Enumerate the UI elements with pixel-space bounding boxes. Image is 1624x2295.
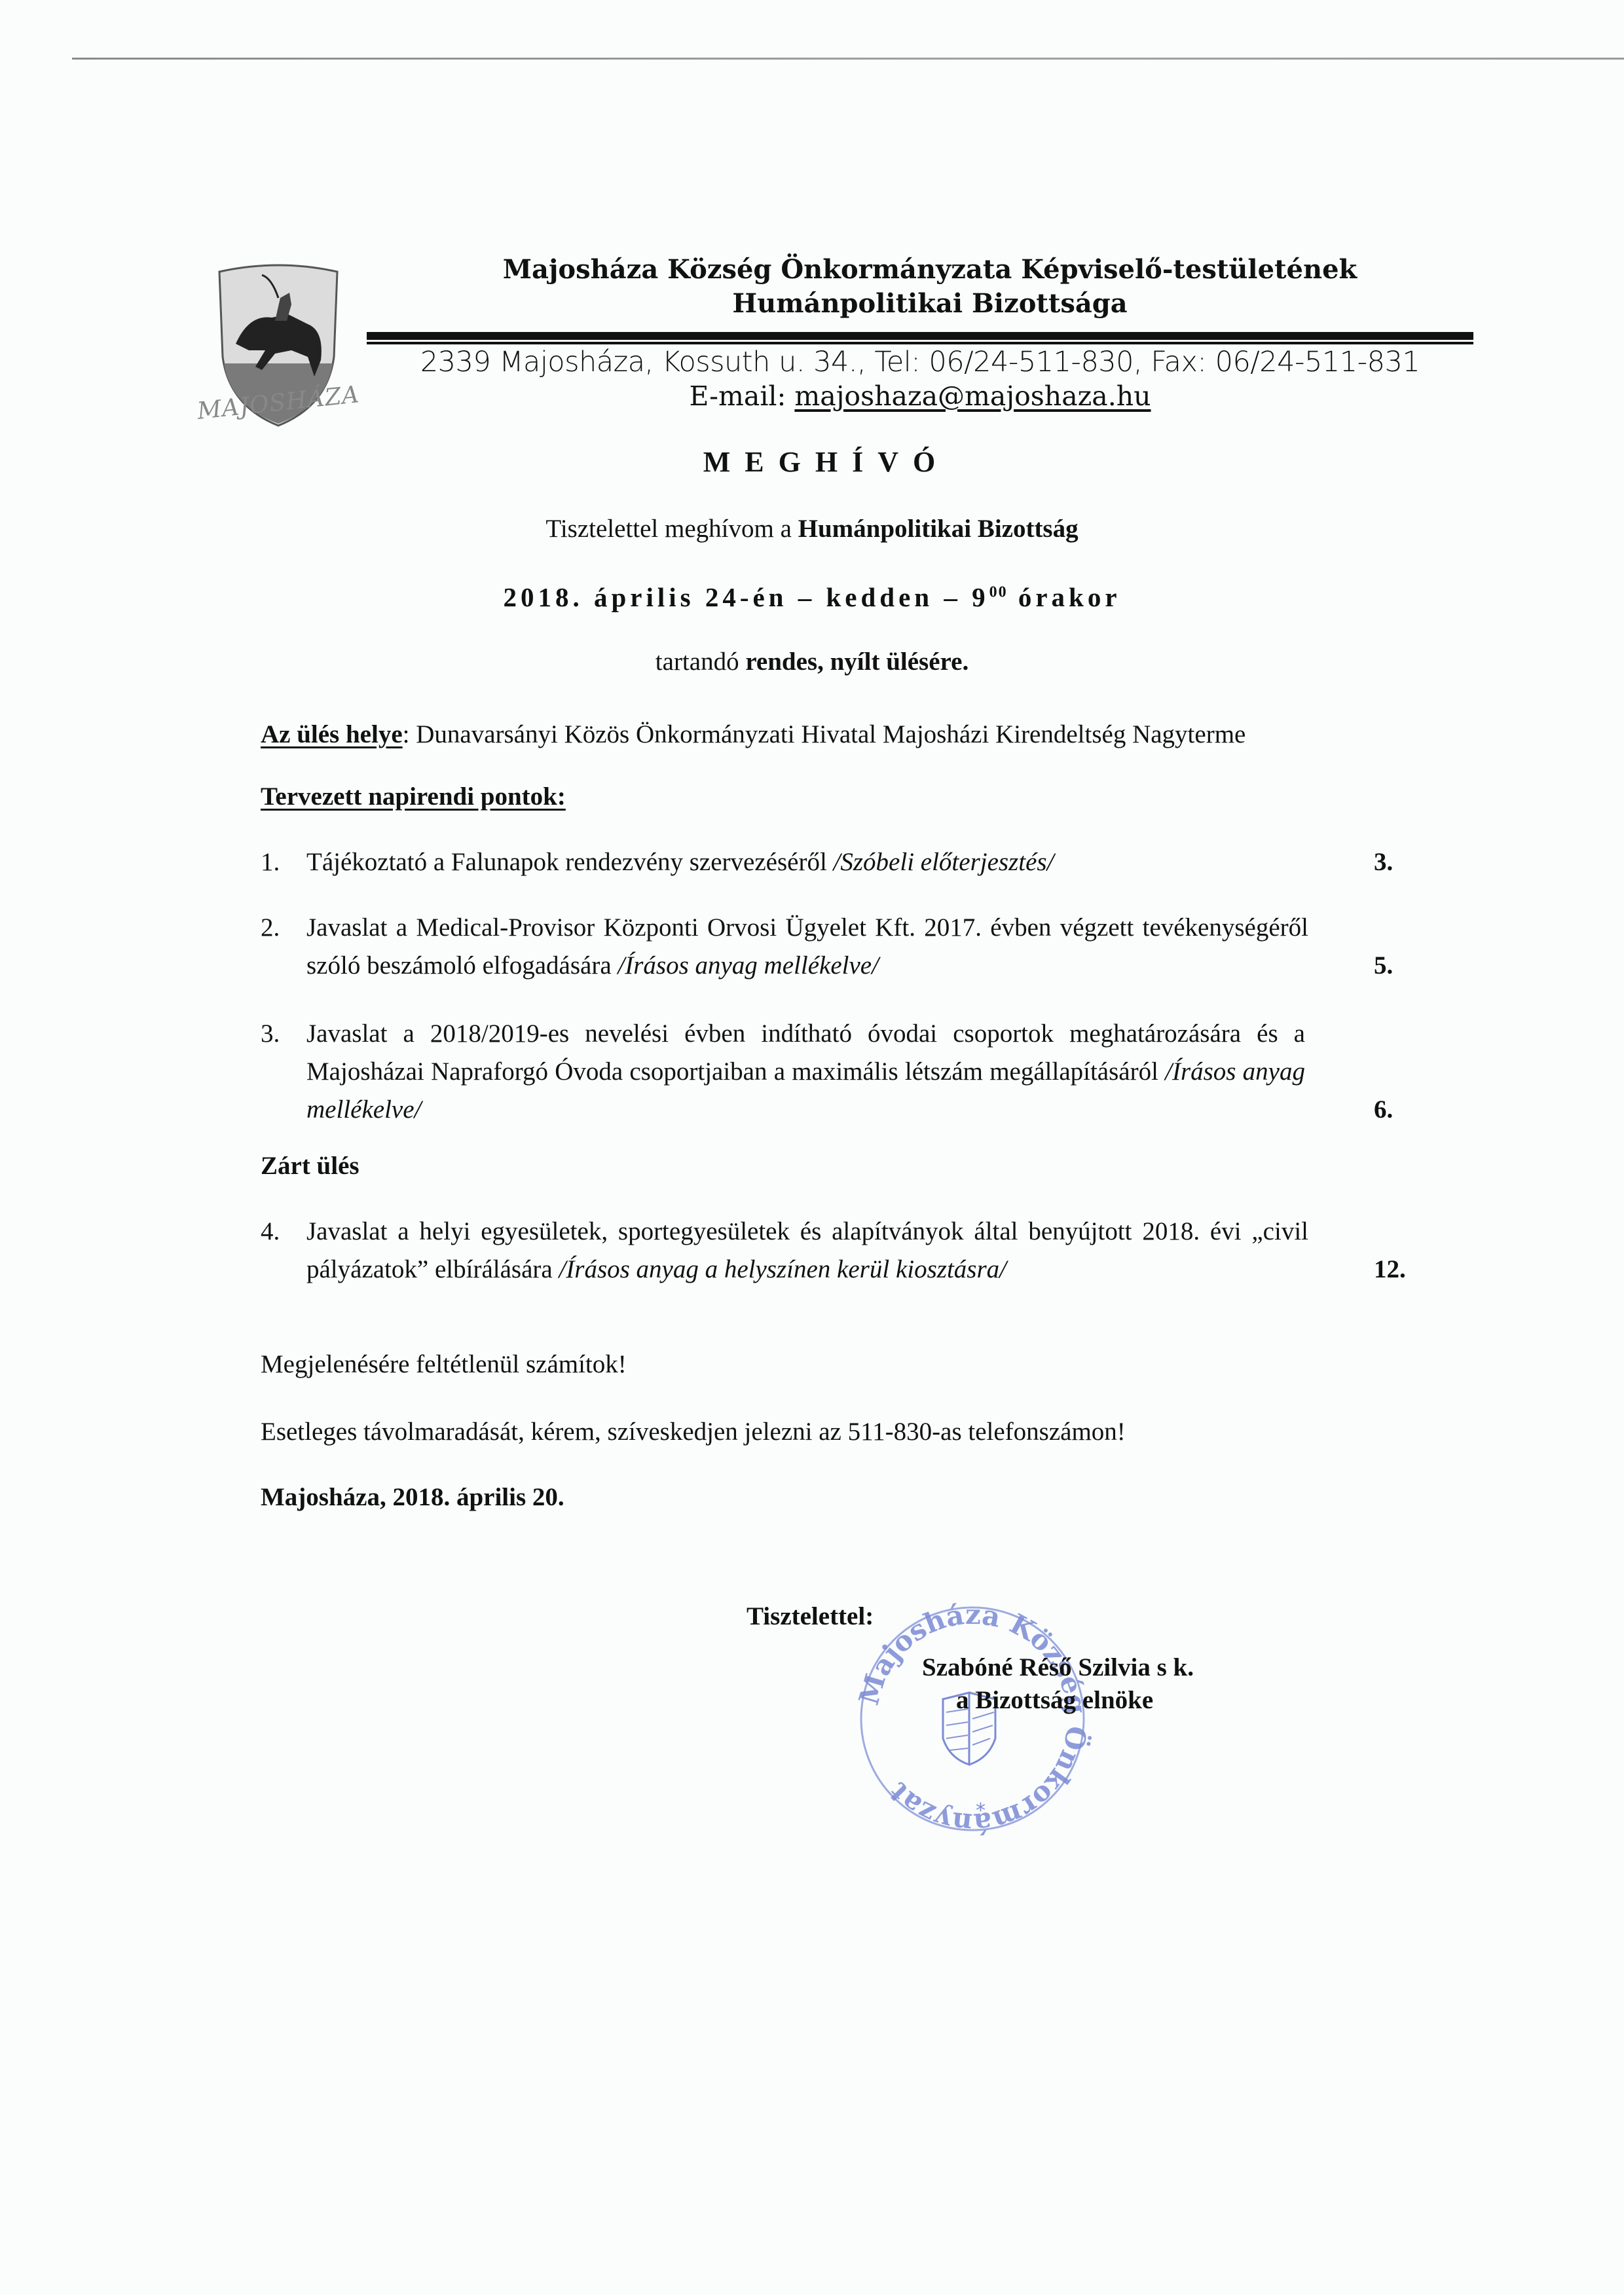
agenda-item-number: 3. xyxy=(261,1015,280,1053)
meeting-time-suffix: órakor xyxy=(1008,582,1121,612)
closed-session-heading: Zárt ülés xyxy=(261,1147,360,1185)
letterhead-rule xyxy=(367,332,1473,340)
agenda-item-text: Javaslat a Medical-Provisor Központi Orv… xyxy=(306,909,1308,985)
agenda-item-text: Javaslat a helyi egyesületek, sportegyes… xyxy=(306,1213,1308,1289)
email-label: E-mail: xyxy=(689,380,794,412)
letterhead-rule-thin xyxy=(367,342,1473,344)
held-type: rendes, nyílt ülésére. xyxy=(745,648,969,676)
signer-role: a Bizottság elnöke xyxy=(956,1681,1153,1719)
agenda-heading-text: Tervezett napirendi pontok: xyxy=(261,782,566,811)
agenda-heading: Tervezett napirendi pontok: xyxy=(261,778,566,816)
location-value: Dunavarsányi Közös Önkormányzati Hivatal… xyxy=(416,720,1246,748)
invite-committee: Humánpolitikai Bizottság xyxy=(798,515,1079,543)
meeting-type: tartandó rendes, nyílt ülésére. xyxy=(0,647,1624,676)
location-label: Az ülés helye xyxy=(261,720,403,748)
agenda-item: 4. Javaslat a helyi egyesületek, sporteg… xyxy=(261,1213,1452,1291)
agenda-item: 1. Tájékoztató a Falunapok rendezvény sz… xyxy=(261,843,1452,883)
agenda-item-body: Javaslat a 2018/2019-es nevelési évben i… xyxy=(306,1019,1305,1086)
agenda-item-page: 6. xyxy=(1374,1091,1393,1129)
scan-edge-line xyxy=(72,58,1624,60)
held-prefix: tartandó xyxy=(655,648,746,676)
agenda-item-text: Javaslat a 2018/2019-es nevelési évben i… xyxy=(306,1015,1305,1129)
agenda-item-page: 3. xyxy=(1374,843,1393,881)
location-colon: : xyxy=(403,720,416,748)
agenda-item-note: /Írásos anyag mellékelve/ xyxy=(618,951,879,980)
attendance-notice: Megjelenésére feltétlenül számítok! xyxy=(261,1346,627,1384)
invite-line: Tisztelettel meghívom a Humánpolitikai B… xyxy=(0,514,1624,543)
absence-notice: Esetleges távolmaradását, kérem, szívesk… xyxy=(261,1413,1126,1451)
invite-prefix: Tisztelettel meghívom a xyxy=(545,515,798,543)
org-name: Majosháza Község Önkormányzata Képviselő… xyxy=(471,254,1388,285)
agenda-item-text: Tájékoztató a Falunapok rendezvény szerv… xyxy=(306,843,1452,881)
svg-text:*: * xyxy=(976,1799,986,1822)
agenda-item-number: 1. xyxy=(261,843,280,881)
meeting-date: 2018. április 24-én – kedden – 9 xyxy=(503,582,989,612)
agenda-item-note: /Írásos anyag a helyszínen kerül kiosztá… xyxy=(559,1255,1006,1283)
meeting-location: Az ülés helye: Dunavarsányi Közös Önkorm… xyxy=(261,716,1472,754)
agenda-item: 2. Javaslat a Medical-Provisor Központi … xyxy=(261,909,1452,987)
committee-name: Humánpolitikai Bizottsága xyxy=(471,288,1388,319)
meeting-datetime: 2018. április 24-én – kedden – 900 órako… xyxy=(0,581,1624,613)
contact-address: 2339 Majosháza, Kossuth u. 34., Tel: 06/… xyxy=(367,346,1473,378)
email-link[interactable]: majoshaza@majoshaza.hu xyxy=(794,380,1151,412)
meeting-minutes: 00 xyxy=(989,583,1008,600)
agenda-item-page: 5. xyxy=(1374,947,1393,985)
agenda-item-page: 12. xyxy=(1374,1251,1406,1289)
agenda-item-number: 4. xyxy=(261,1213,280,1251)
agenda-item-body: Tájékoztató a Falunapok rendezvény szerv… xyxy=(306,848,834,876)
regards: Tisztelettel: xyxy=(747,1598,874,1636)
place-and-date: Majosháza, 2018. április 20. xyxy=(261,1478,564,1516)
agenda-item-number: 2. xyxy=(261,909,280,947)
contact-email-row: E-mail: majoshaza@majoshaza.hu xyxy=(367,380,1473,412)
agenda-item: 3. Javaslat a 2018/2019-es nevelési évbe… xyxy=(261,1015,1452,1133)
agenda-item-note: /Szóbeli előterjesztés/ xyxy=(834,848,1054,876)
document-title: MEGHÍVÓ xyxy=(0,445,1624,479)
